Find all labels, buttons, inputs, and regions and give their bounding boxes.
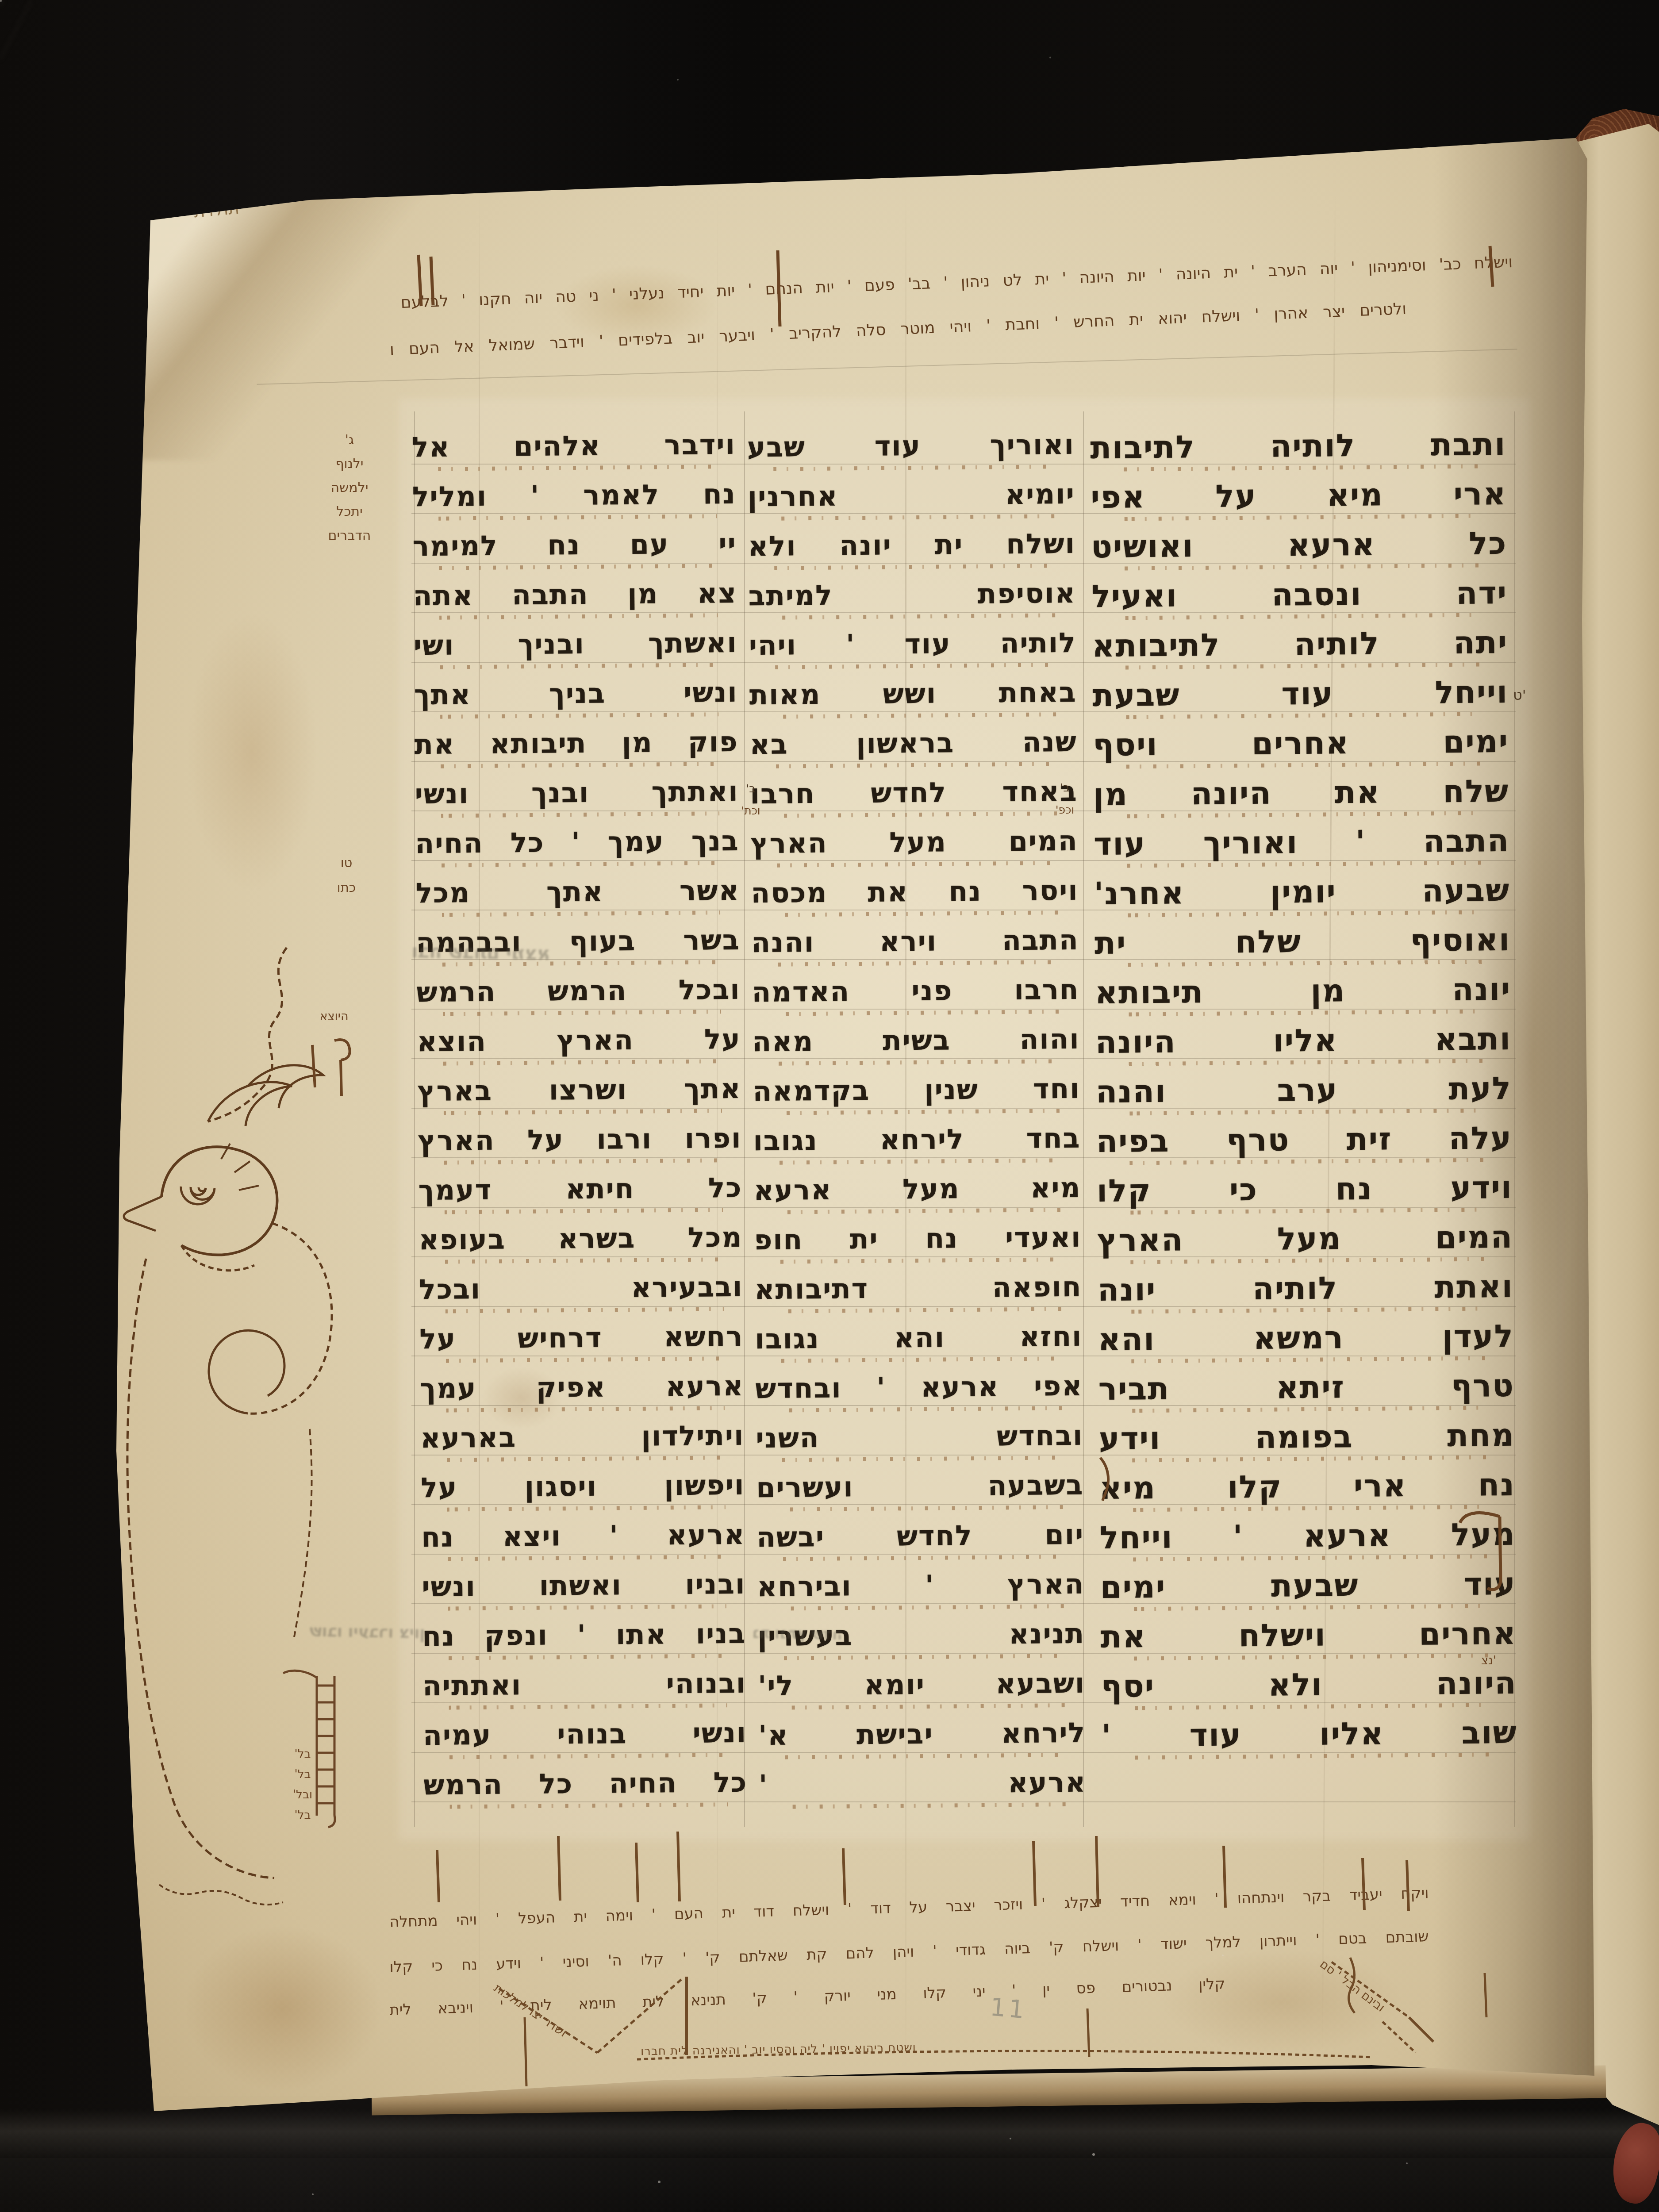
- ascender-strokes-top: [419, 246, 1493, 326]
- manuscript-page: תולדת וישלח כב' וסימניהון ' יוה הערב ' י…: [0, 0, 1659, 2212]
- table-lower-band: [0, 2158, 1659, 2212]
- zigzag-micrography-left: [499, 1977, 687, 2055]
- marginal-paraph-right: [1460, 1513, 1501, 1590]
- table-edge-reflection: [0, 2109, 1659, 2158]
- dragon-micrography-figure: [124, 948, 332, 1905]
- photograph-background: תולדת וישלח כב' וסימניהון ' יוה הערב ' י…: [0, 0, 1659, 2212]
- dragon-eye-spiral: [181, 1187, 215, 1204]
- zigzag-micrography-right: [637, 1958, 1433, 2059]
- ladder-micrography: [283, 1671, 335, 1827]
- dragon-beak: [124, 1197, 161, 1231]
- micrography-drawing-layer: [0, 0, 1659, 2212]
- gutter-paraph: [1100, 1458, 1108, 1501]
- dust-specks: [0, 0, 2, 2]
- note-flourish-qof: [312, 1040, 350, 1096]
- ascender-strokes-bottom: [437, 1832, 1486, 2086]
